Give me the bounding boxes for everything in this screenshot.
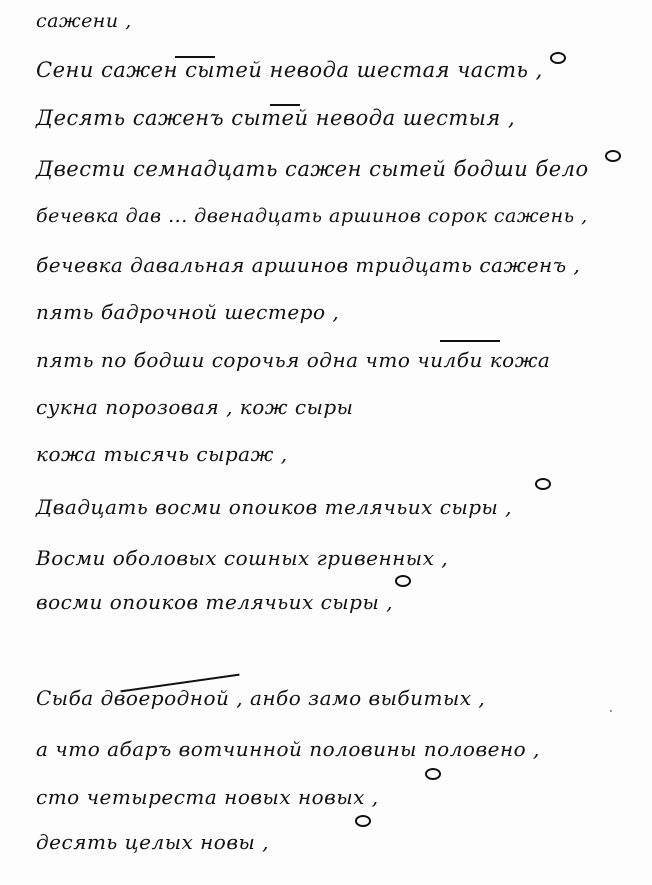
manuscript-line: а что абаръ вотчинной половины половено … (36, 737, 540, 761)
titlo-mark (440, 340, 500, 342)
manuscript-line: сукна порозовая , кож сыры (36, 395, 353, 419)
manuscript-line: Сени сажен сытей невода шестая часть , (36, 58, 543, 82)
manuscript-line: бечевка давальная аршинов тридцать сажен… (36, 253, 580, 277)
manuscript-line: восми опоиков телячьих сыры , (36, 590, 393, 614)
manuscript-page: сажени , Сени сажен сытей невода шестая … (0, 0, 652, 885)
manuscript-line: пять бадрочной шестеро , (36, 300, 339, 324)
manuscript-line: сажени , (36, 10, 132, 32)
flourish-loop (355, 815, 371, 827)
manuscript-line: бечевка дав ... двенадцать аршинов сорок… (36, 205, 588, 227)
titlo-mark (270, 104, 300, 106)
manuscript-line: Двадцать восми опоиков телячьих сыры , (36, 495, 512, 519)
titlo-mark (175, 56, 215, 58)
flourish-loop (395, 575, 411, 587)
manuscript-line: Сыба двоеродной , анбо замо выбитых , (36, 686, 485, 710)
manuscript-line: сто четыреста новых новых , (36, 785, 379, 809)
manuscript-line: Восми оболовых сошных гривенных , (36, 546, 448, 570)
manuscript-line: десять целых новы , (36, 830, 269, 854)
flourish-loop (550, 52, 566, 64)
flourish-loop (425, 768, 441, 780)
flourish-loop (535, 478, 551, 490)
scan-speck (610, 710, 612, 712)
manuscript-line: кожа тысячь сыраж , (36, 442, 288, 466)
manuscript-line: Двести семнадцать сажен сытей бодши бело (36, 157, 589, 181)
manuscript-line: Десять саженъ сытей невода шестыя , (36, 106, 515, 130)
manuscript-line: пять по бодши сорочья одна что чилби кож… (36, 348, 550, 372)
flourish-loop (605, 150, 621, 162)
